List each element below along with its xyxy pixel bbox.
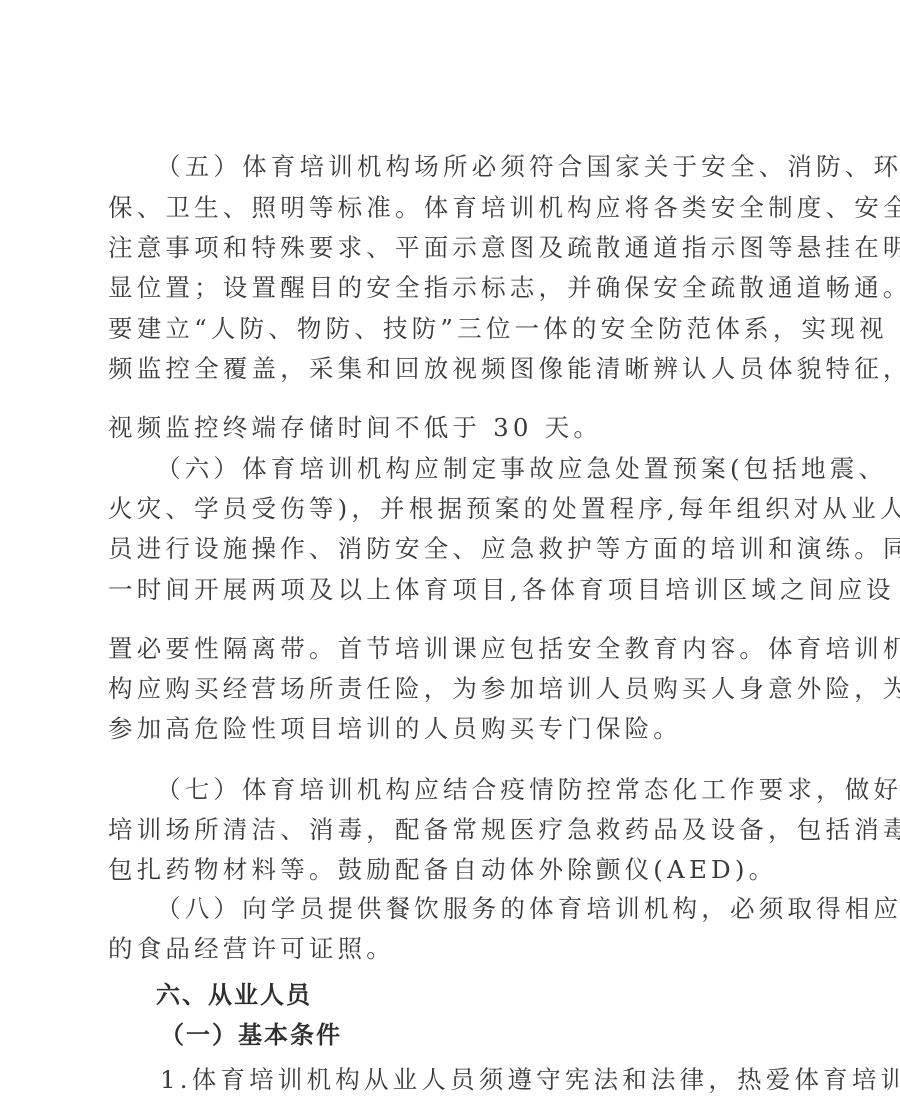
text-line: 培训场所清洁、消毒，配备常规医疗急救药品及设备，包括消毒 [108,815,780,845]
text-line: 参加高危险性项目培训的人员购买专门保险。 [108,714,780,744]
section-heading: 六、从业人员 [156,980,312,1010]
document-page: （五）体育培训机构场所必须符合国家关于安全、消防、环 保、卫生、照明等标准。体育… [0,0,900,1118]
text-line: 频监控全覆盖，采集和回放视频图像能清晰辨认人员体貌特征， [108,354,780,384]
text-line: （五）体育培训机构场所必须符合国家关于安全、消防、环 [156,152,780,182]
text-line: 包扎药物材料等。鼓励配备自动体外除颤仪(AED)。 [108,855,780,885]
text-line: 置必要性隔离带。首节培训课应包括安全教育内容。体育培训机 [108,634,780,664]
text-line: 保、卫生、照明等标准。体育培训机构应将各类安全制度、安全 [108,193,780,223]
text-line: （七）体育培训机构应结合疫情防控常态化工作要求，做好 [156,775,780,805]
text-line: 火灾、学员受伤等)，并根据预案的处置程序,每年组织对从业人 [108,494,780,524]
list-item-1: 1.体育培训机构从业人员须遵守宪法和法律，热爱体育培训 [160,1065,780,1095]
text-line: 显位置；设置醒目的安全指示标志，并确保安全疏散通道畅通。 [108,273,780,303]
text-line: 构应购买经营场所责任险，为参加培训人员购买人身意外险，为 [108,674,780,704]
subsection-heading: （一）基本条件 [160,1020,342,1050]
text-line: （六）体育培训机构应制定事故应急处置预案(包括地震、 [156,454,780,484]
text-line: 一时间开展两项及以上体育项目,各体育项目培训区域之间应设 [108,575,780,605]
text-line: 员进行设施操作、消防安全、应急救护等方面的培训和演练。同 [108,534,780,564]
text-line: （八）向学员提供餐饮服务的体育培训机构，必须取得相应 [156,894,780,924]
text-line: 视频监控终端存储时间不低于 30 天。 [108,413,780,443]
text-line: 的食品经营许可证照。 [108,934,780,964]
text-line: 注意事项和特殊要求、平面示意图及疏散通道指示图等悬挂在明 [108,233,780,263]
text-line: 要建立“人防、物防、技防”三位一体的安全防范体系，实现视 [108,314,780,344]
